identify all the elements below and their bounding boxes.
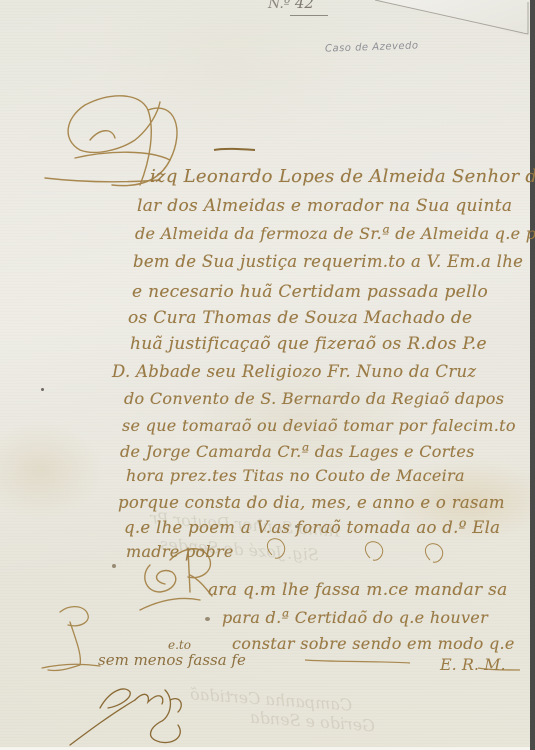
ink-spot — [41, 388, 44, 391]
body-line: q.e lhe poem a V.as foraõ tomada ao d.º … — [124, 518, 500, 537]
body-line: e necesario huã Certidam passada pello — [132, 282, 488, 302]
body-line: bem de Sua justiça requerim.to a V. Em.a… — [133, 252, 523, 271]
margin-note: e.to — [168, 638, 191, 652]
body-line: de Almeida da fermoza de Sr.ª de Almeida… — [135, 224, 535, 243]
body-line: porque consta do dia, mes, e anno e o ra… — [118, 493, 505, 512]
ink-spot — [205, 617, 210, 621]
erm-abbreviation: E. R. M. — [440, 655, 506, 674]
body-line: se que tomaraõ ou deviaõ tomar por falec… — [122, 416, 516, 435]
body-line: lar dos Almeidas e morador na Sua quinta — [137, 196, 512, 216]
body-line: madre pobre — [126, 542, 234, 561]
body-line: de Jorge Camarda Cr.ª das Lages e Cortes — [120, 442, 475, 461]
closing-line: para d.ª Certidaõ do q.e houver — [222, 608, 488, 627]
closing-line: ara q.m lhe fassa m.ce mandar sa — [208, 580, 508, 600]
body-line: D. Abbade seu Religiozo Fr. Nuno da Cruz — [112, 362, 476, 381]
closing-line: constar sobre sendo em modo q.e — [232, 634, 515, 653]
body-line: izq Leonardo Lopes de Almeida Senhor do … — [150, 166, 535, 187]
body-line: hora prez.tes Titas no Couto de Maceira — [126, 466, 465, 485]
body-line: do Convento de S. Bernardo da Regiaõ dap… — [124, 389, 504, 408]
ink-spot — [295, 525, 298, 528]
body-line: os Cura Thomas de Souza Machado de — [128, 308, 472, 328]
body-line: huã justificaçaõ que fizeraõ os R.dos P.… — [130, 334, 487, 354]
ink-spot — [112, 564, 116, 568]
manuscript-body: izq Leonardo Lopes de Almeida Senhor do … — [0, 0, 535, 750]
margin-note: sem menos fassa fe — [98, 651, 246, 669]
document-scan: N.º 42 Caso de Azevedo Illmo Senhor Dout… — [0, 0, 535, 750]
